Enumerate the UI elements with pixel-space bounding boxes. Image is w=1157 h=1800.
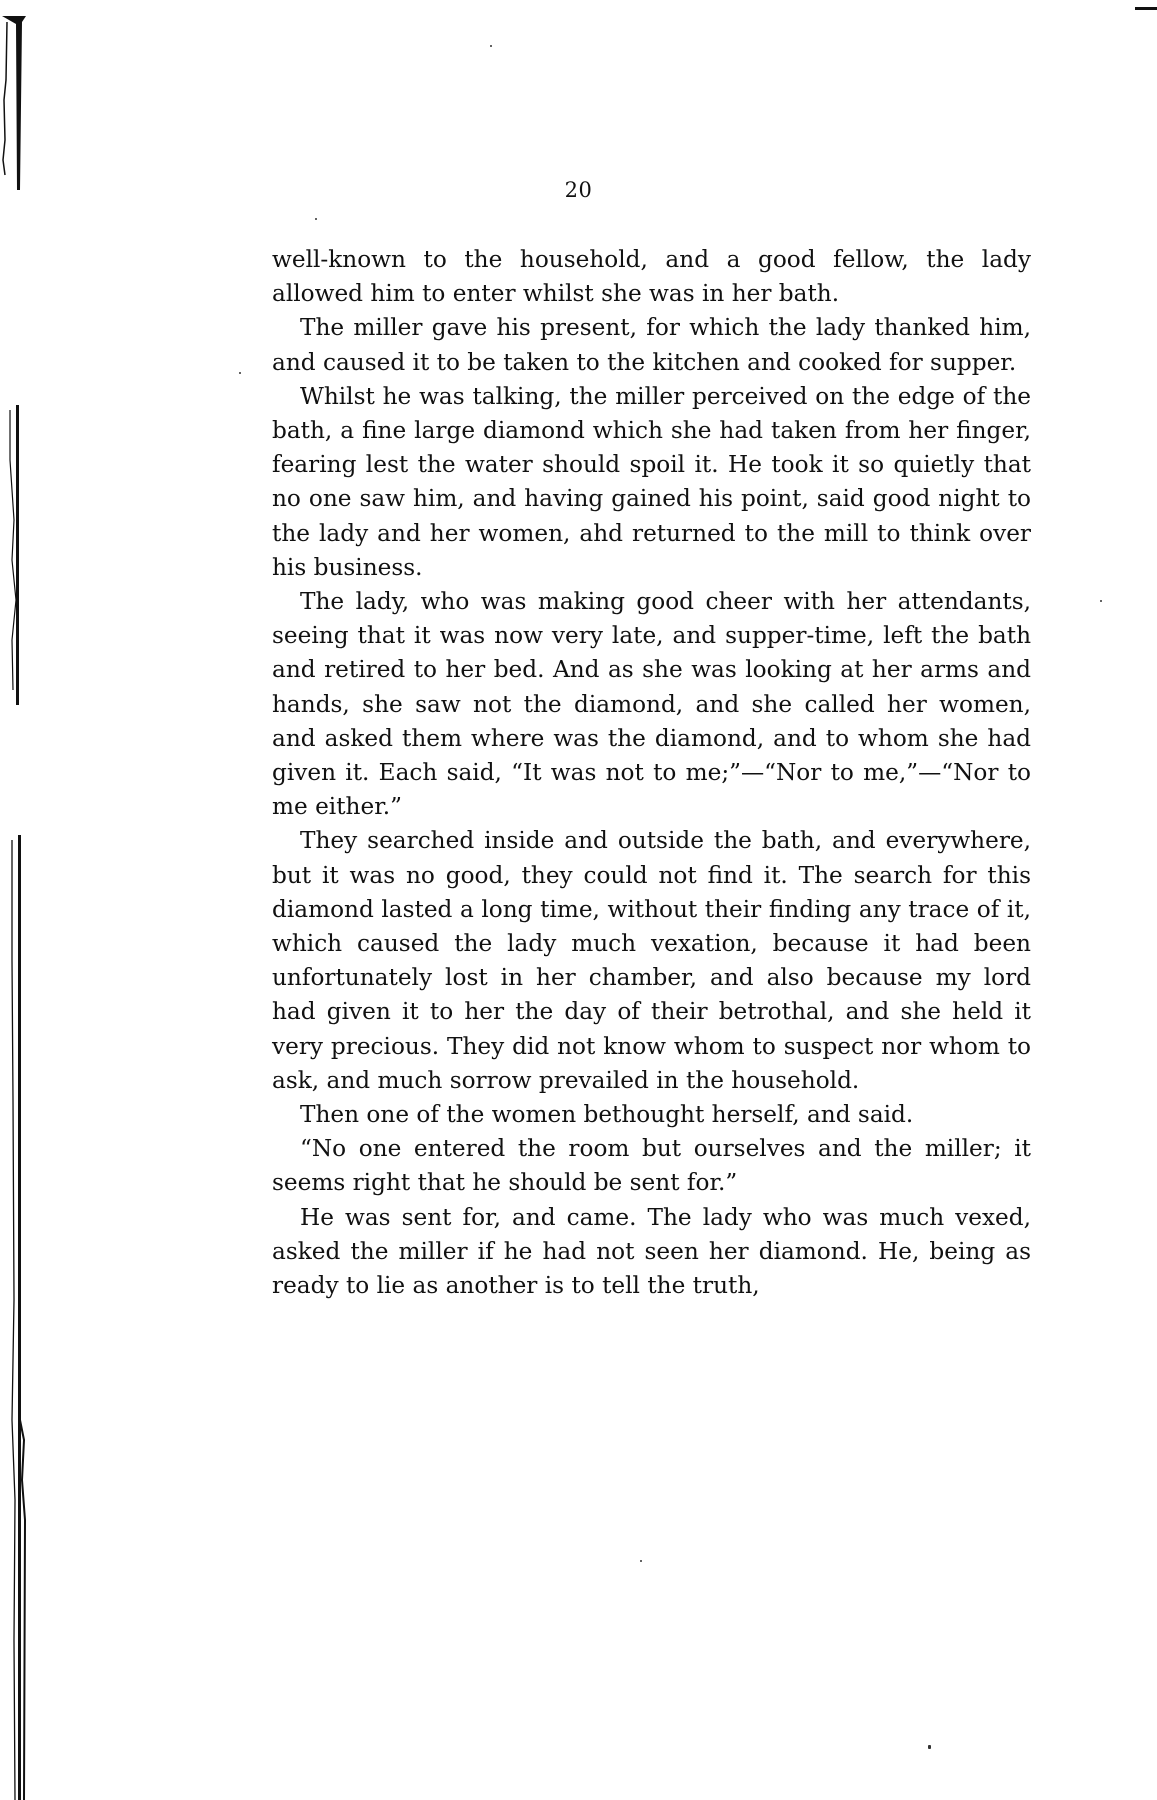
paragraph: The miller gave his present, for which t… [272,311,1031,379]
body-text: well-known to the household, and a good … [272,243,1031,1303]
scan-speck [1100,600,1102,602]
scan-edge-mark [1135,7,1157,10]
scan-speck [640,1560,642,1562]
paragraph: Then one of the women bethought herself,… [272,1098,1031,1132]
paragraph: The lady, who was making good cheer with… [272,585,1031,824]
scan-speck [490,45,492,47]
scan-speck [928,1745,931,1749]
paragraph: They searched inside and outside the bat… [272,824,1031,1098]
scan-speck [239,372,241,374]
paragraph: Whilst he was talking, the miller percei… [272,380,1031,585]
paragraph: well-known to the household, and a good … [272,243,1031,311]
scanned-book-page: 20 well-known to the household, and a go… [0,0,1157,1800]
paragraph: “No one entered the room but ourselves a… [272,1132,1031,1200]
binding-edge-marks [0,0,30,1800]
scan-speck [315,218,317,220]
page-number: 20 [0,178,1157,202]
paragraph: He was sent for, and came. The lady who … [272,1201,1031,1304]
